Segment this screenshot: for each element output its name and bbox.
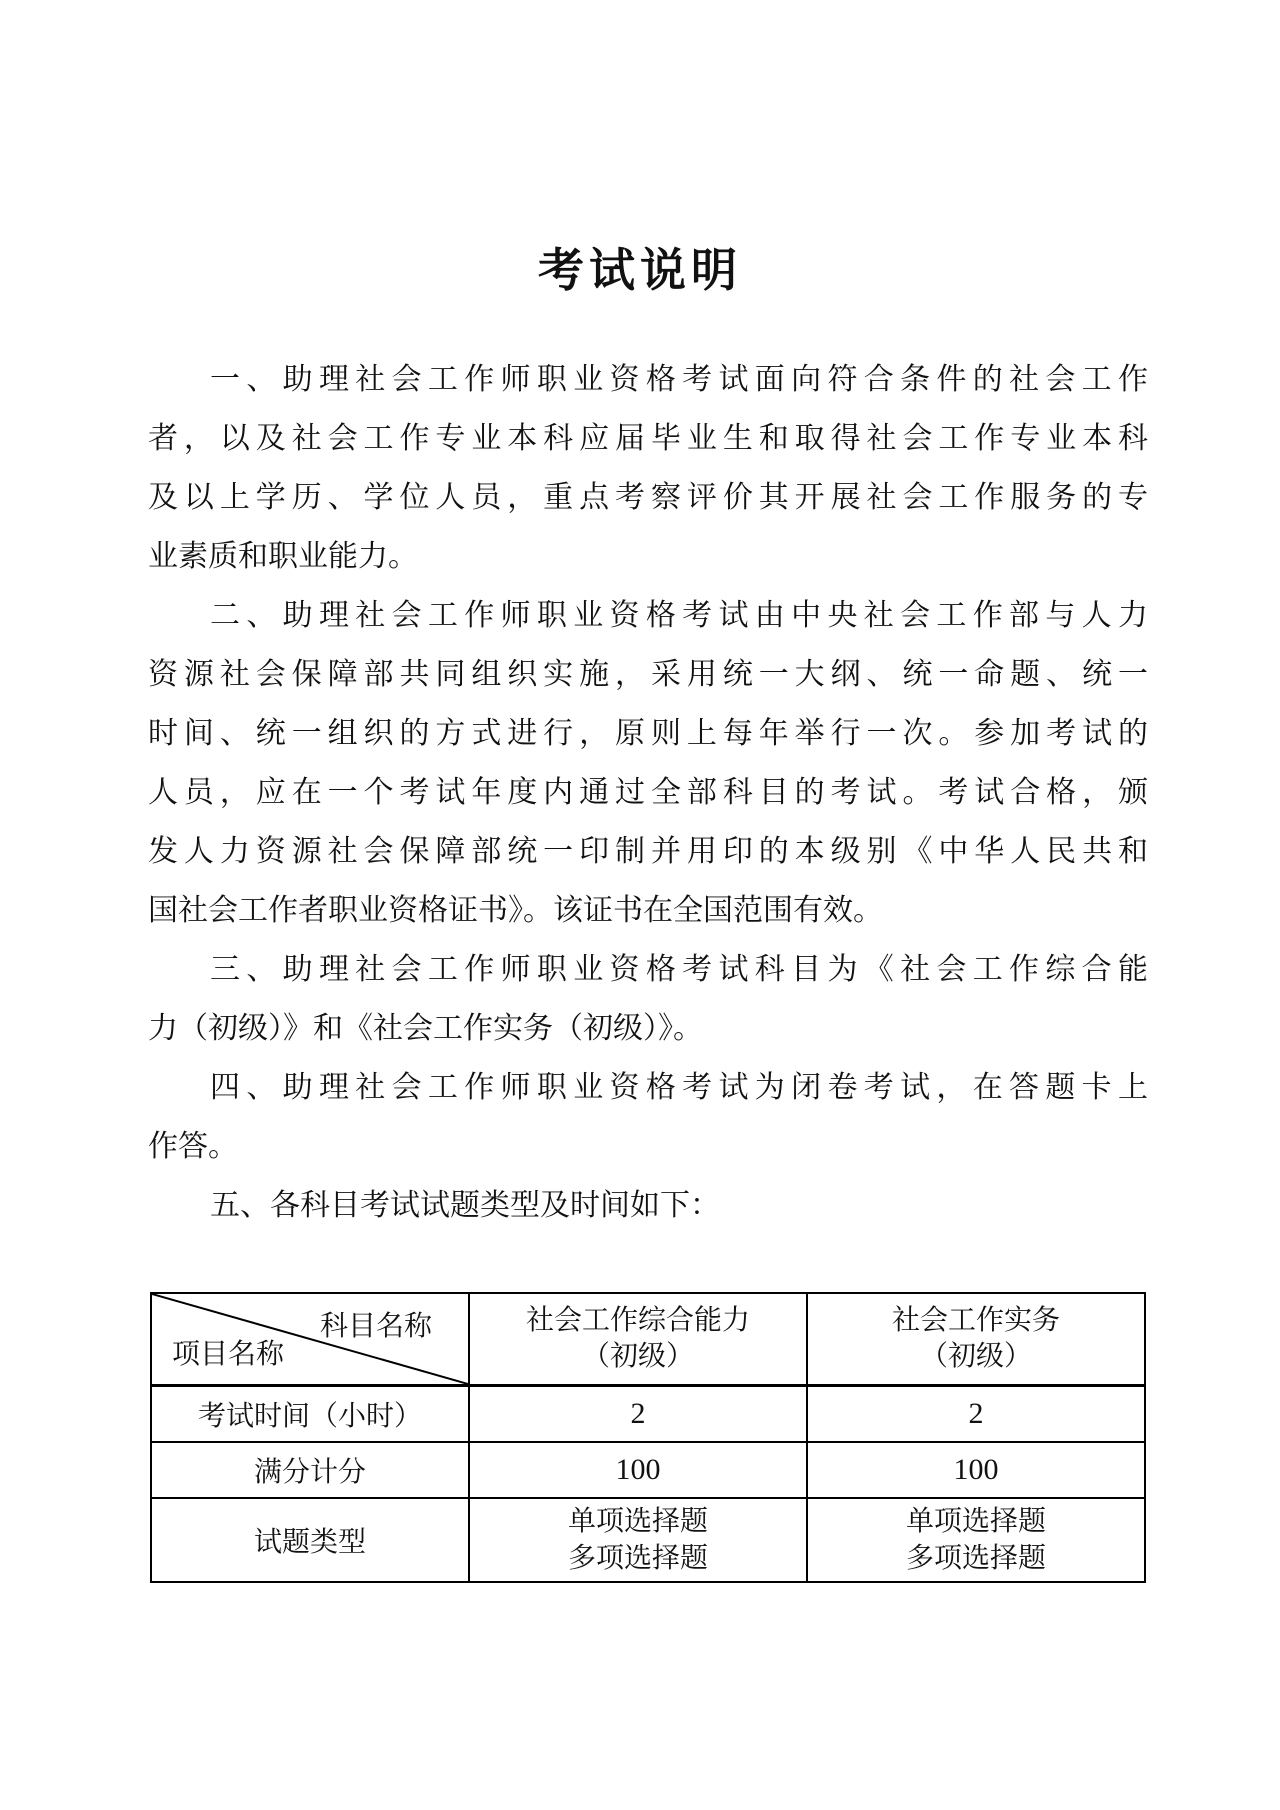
corner-label-item-name: 项目名称 — [172, 1332, 284, 1372]
paragraph-2-line-1: 二、助理社会工作师职业资格考试由中央社会工作部与人力 — [148, 586, 1148, 645]
subject-1-name: 社会工作综合能力 — [470, 1303, 806, 1339]
subject-2-level: （初级） — [808, 1339, 1144, 1375]
question-types-subject-2: 单项选择题 多项选择题 — [807, 1498, 1145, 1582]
table-corner-cell: 科目名称 项目名称 — [151, 1293, 469, 1386]
paragraph-1-line-4: 业素质和职业能力。 — [148, 527, 1148, 586]
paragraph-1-line-1: 一、助理社会工作师职业资格考试面向符合条件的社会工作 — [148, 350, 1148, 409]
question-types-label: 试题类型 — [151, 1498, 469, 1582]
score-subject-2: 100 — [807, 1442, 1145, 1498]
corner-label-subject-name: 科目名称 — [320, 1304, 432, 1344]
paragraph-1-line-3: 及以上学历、学位人员，重点考察评价其开展社会工作服务的专 — [148, 468, 1148, 527]
score-subject-1: 100 — [469, 1442, 807, 1498]
table-row-exam-duration: 考试时间（小时） 2 2 — [151, 1386, 1145, 1443]
paragraph-3-line-2: 力（初级）》和《社会工作实务（初级）》。 — [148, 999, 1148, 1058]
paragraph-2-line-2: 资源社会保障部共同组织实施，采用统一大纲、统一命题、统一 — [148, 645, 1148, 704]
document-body: 一、助理社会工作师职业资格考试面向符合条件的社会工作 者，以及社会工作专业本科应… — [148, 350, 1148, 1235]
paragraph-2-line-3: 时间、统一组织的方式进行，原则上每年举行一次。参加考试的 — [148, 704, 1148, 763]
question-types-subject-1: 单项选择题 多项选择题 — [469, 1498, 807, 1582]
document-title: 考试说明 — [0, 234, 1280, 300]
table-row-question-types: 试题类型 单项选择题 多项选择题 单项选择题 多项选择题 — [151, 1498, 1145, 1582]
duration-label: 考试时间（小时） — [151, 1386, 469, 1443]
paragraph-5-line-1: 五、各科目考试试题类型及时间如下： — [148, 1176, 1148, 1235]
table-header-row: 科目名称 项目名称 社会工作综合能力 （初级） 社会工作实务 （初级） — [151, 1293, 1145, 1386]
exam-subjects-table: 科目名称 项目名称 社会工作综合能力 （初级） 社会工作实务 （初级） 考试时间… — [150, 1292, 1146, 1583]
question-type-single: 单项选择题 — [808, 1503, 1144, 1540]
paragraph-2-line-6: 国社会工作者职业资格证书》。该证书在全国范围有效。 — [148, 881, 1148, 940]
paragraph-2-line-5: 发人力资源社会保障部统一印制并用印的本级别《中华人民共和 — [148, 822, 1148, 881]
question-type-multi: 多项选择题 — [808, 1540, 1144, 1577]
table-header-subject-2: 社会工作实务 （初级） — [807, 1293, 1145, 1386]
paragraph-1-line-2: 者，以及社会工作专业本科应届毕业生和取得社会工作专业本科 — [148, 409, 1148, 468]
paragraph-3-line-1: 三、助理社会工作师职业资格考试科目为《社会工作综合能 — [148, 940, 1148, 999]
question-type-multi: 多项选择题 — [470, 1540, 806, 1577]
paragraph-2-line-4: 人员，应在一个考试年度内通过全部科目的考试。考试合格，颁 — [148, 763, 1148, 822]
question-type-single: 单项选择题 — [470, 1503, 806, 1540]
duration-subject-2: 2 — [807, 1386, 1145, 1443]
paragraph-4-line-2: 作答。 — [148, 1117, 1148, 1176]
subject-2-name: 社会工作实务 — [808, 1303, 1144, 1339]
duration-subject-1: 2 — [469, 1386, 807, 1443]
paragraph-4-line-1: 四、助理社会工作师职业资格考试为闭卷考试，在答题卡上 — [148, 1058, 1148, 1117]
document-page: 考试说明 一、助理社会工作师职业资格考试面向符合条件的社会工作 者，以及社会工作… — [0, 0, 1280, 1810]
subject-1-level: （初级） — [470, 1339, 806, 1375]
table-row-full-score: 满分计分 100 100 — [151, 1442, 1145, 1498]
table-header-subject-1: 社会工作综合能力 （初级） — [469, 1293, 807, 1386]
score-label: 满分计分 — [151, 1442, 469, 1498]
